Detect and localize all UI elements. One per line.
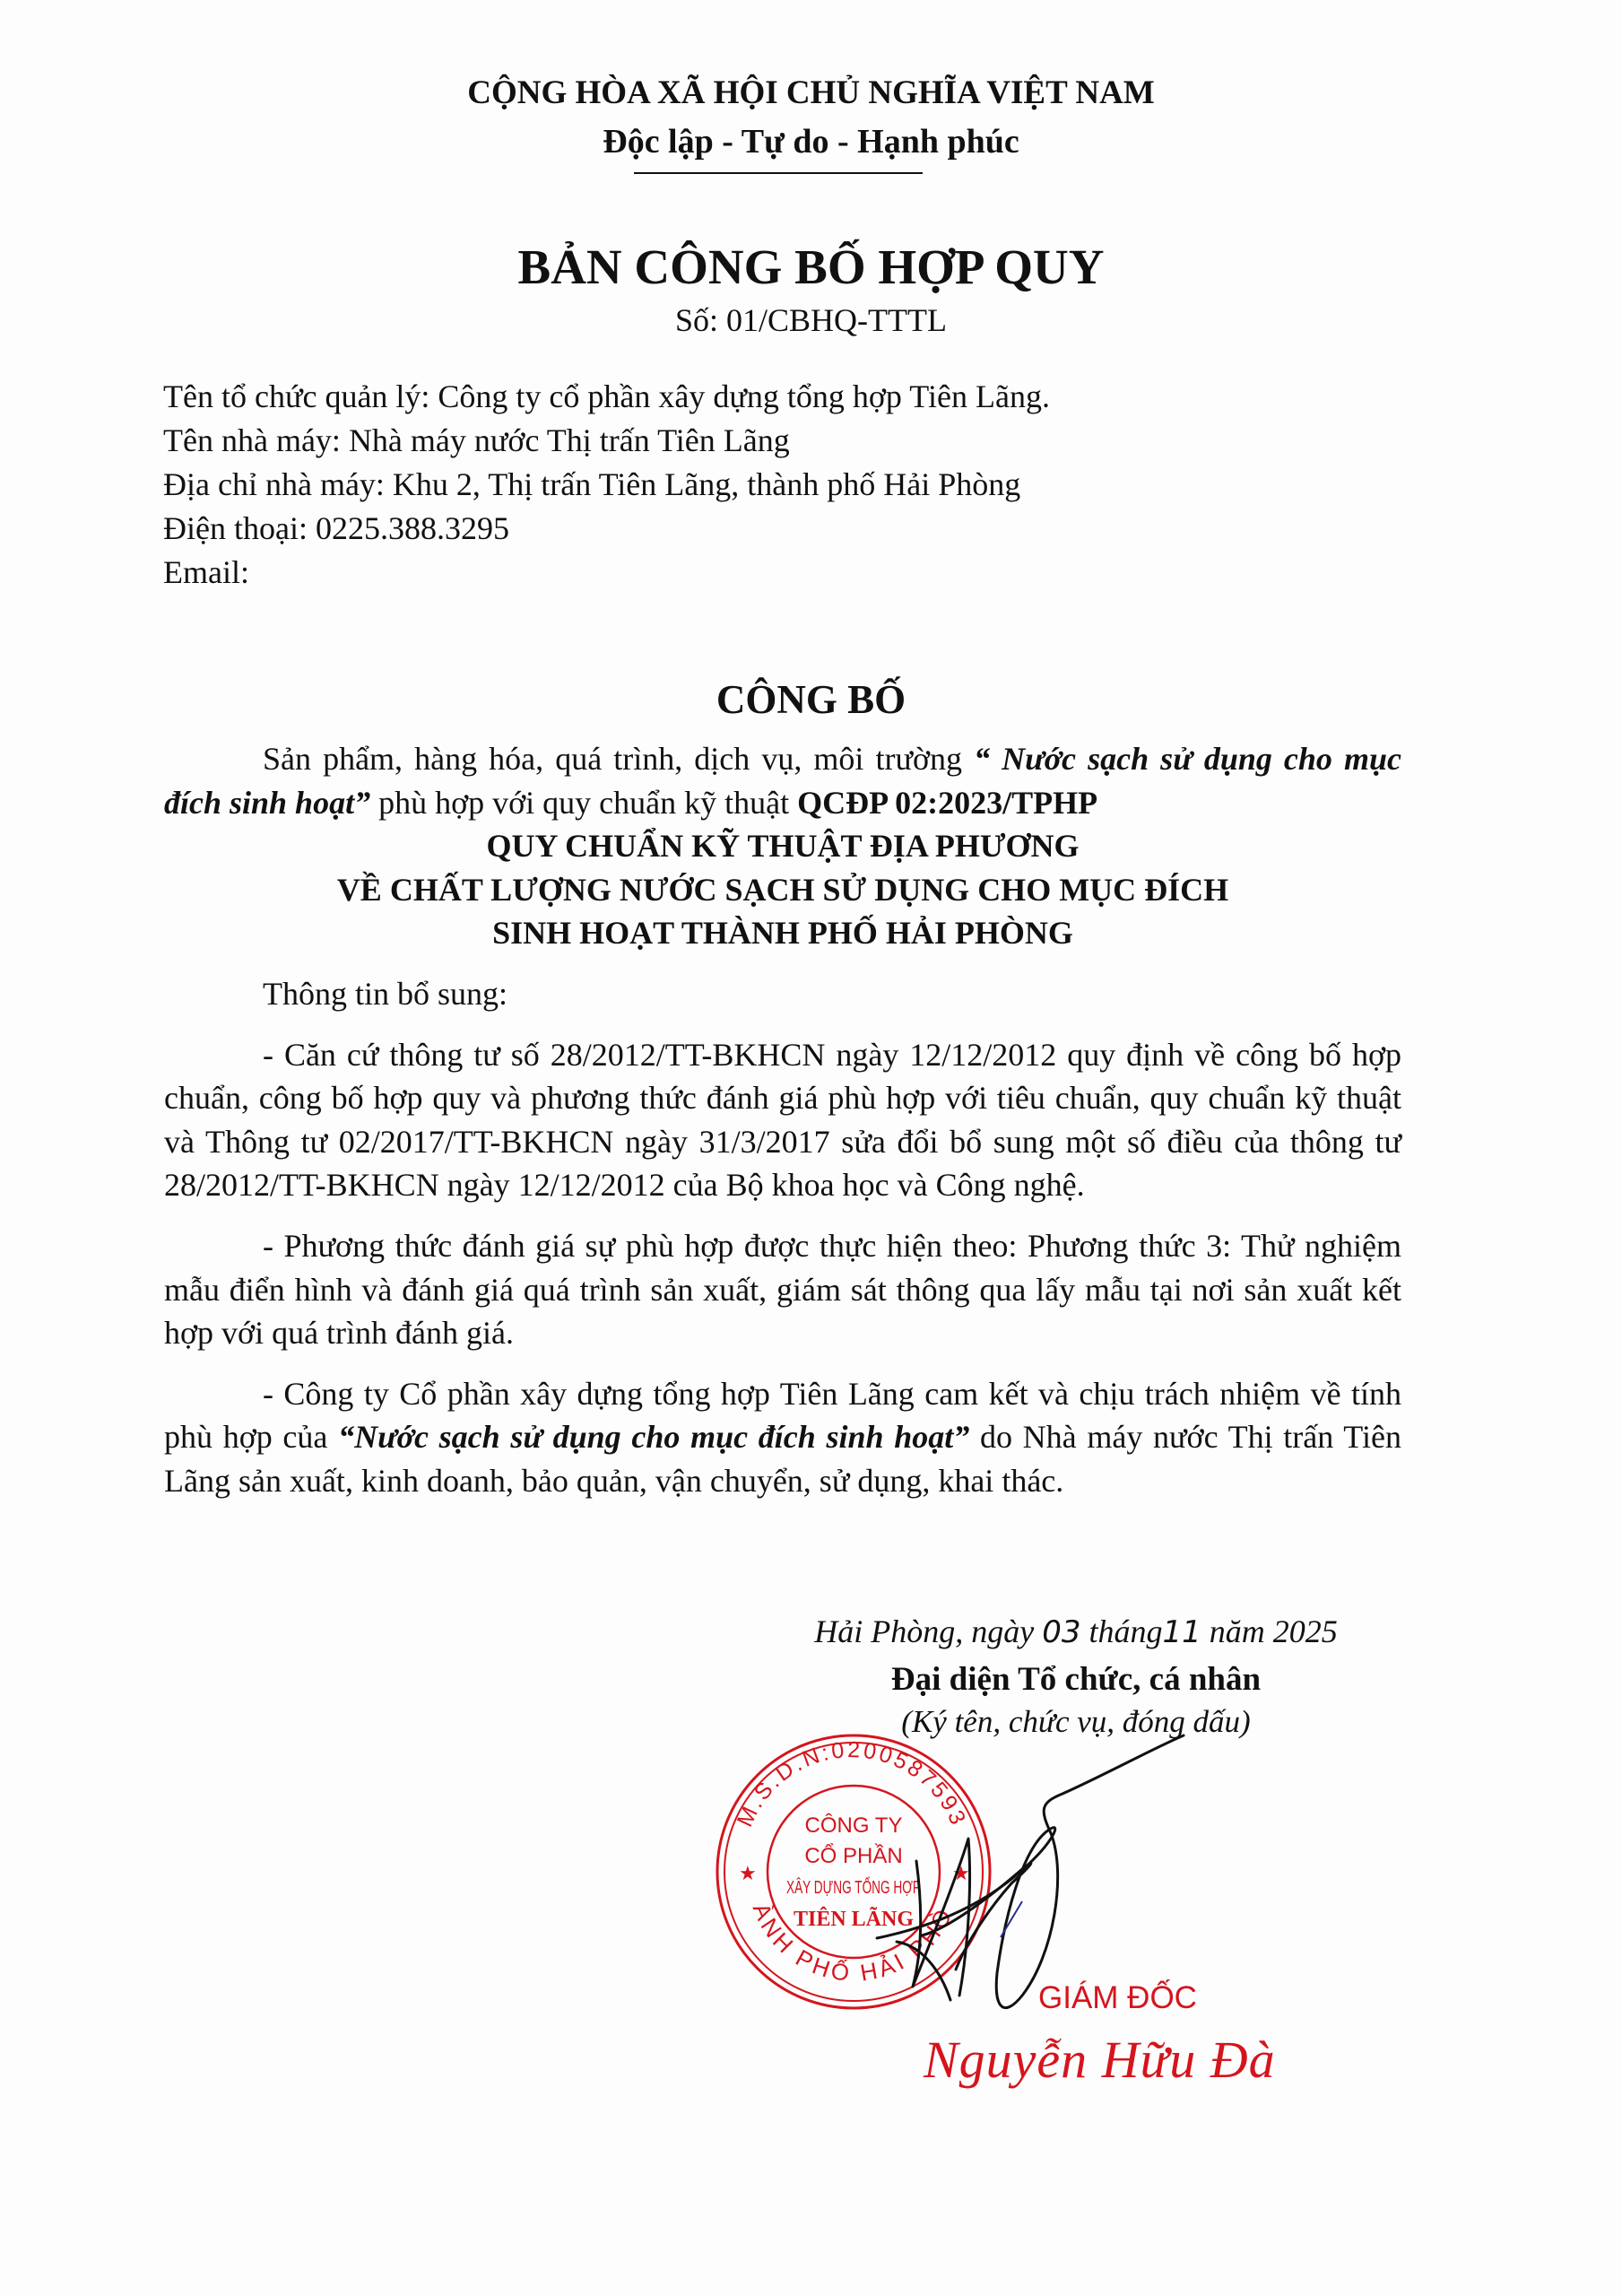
address-row: Địa chỉ nhà máy: Khu 2, Thị trấn Tiên Lã… — [163, 463, 1050, 507]
phone-label: Điện thoại: — [163, 510, 308, 546]
additional-item-assessment-method: - Phương thức đánh giá sự phù hợp được t… — [164, 1224, 1401, 1355]
declaration-intro: Sản phẩm, hàng hóa, quá trình, dịch vụ, … — [164, 737, 1401, 824]
standard-title-1: QUY CHUẨN KỸ THUẬT ĐỊA PHƯƠNG — [164, 824, 1401, 868]
date-year: năm 2025 — [1201, 1613, 1338, 1649]
phone-row: Điện thoại: 0225.388.3295 — [163, 507, 1050, 551]
additional-item-legal-basis: - Căn cứ thông tư số 28/2012/TT-BKHCN ng… — [164, 1033, 1401, 1207]
additional-item-commitment: - Công ty Cổ phần xây dựng tổng hợp Tiên… — [164, 1372, 1401, 1503]
date-month-label: tháng — [1080, 1613, 1162, 1649]
manager-value: Công ty cổ phần xây dựng tổng hợp Tiên L… — [438, 378, 1050, 414]
date-line: Hải Phòng, ngày 03 tháng11 năm 2025 — [681, 1611, 1470, 1653]
date-day: 03 — [1042, 1614, 1080, 1650]
address-value: Khu 2, Thị trấn Tiên Lãng, thành phố Hải… — [393, 466, 1020, 502]
national-motto: Độc lập - Tự do - Hạnh phúc — [0, 120, 1622, 163]
intro-prefix: Sản phẩm, hàng hóa, quá trình, dịch vụ, … — [263, 741, 974, 777]
commitment-product: “Nước sạch sử dụng cho mục đích sinh hoạ… — [338, 1419, 969, 1455]
company-stamp-icon: M.S.D.N:0200587593 THÀNH PHỐ HẢI PHÒNG ★… — [714, 1732, 993, 2012]
date-place: Hải Phòng, ngày — [814, 1613, 1042, 1649]
svg-text:CÔNG TY: CÔNG TY — [805, 1813, 903, 1838]
standard-title-2: VỀ CHẤT LƯỢNG NƯỚC SẠCH SỬ DỤNG CHO MỤC … — [164, 868, 1401, 912]
manager-row: Tên tổ chức quản lý: Công ty cổ phần xây… — [163, 375, 1050, 419]
standard-title-3: SINH HOẠT THÀNH PHỐ HẢI PHÒNG — [164, 911, 1401, 955]
director-position: GIÁM ĐỐC — [1038, 1979, 1197, 2018]
factory-label: Tên nhà máy: — [163, 422, 341, 458]
date-month: 11 — [1162, 1614, 1201, 1650]
document-title: BẢN CÔNG BỐ HỢP QUY — [0, 239, 1622, 296]
intro-middle: phù hợp với quy chuẩn kỹ thuật — [370, 785, 797, 821]
director-name: Nguyễn Hữu Đà — [924, 2029, 1276, 2092]
manager-label: Tên tổ chức quản lý: — [163, 378, 429, 414]
additional-info-label: Thông tin bổ sung: — [164, 972, 1401, 1016]
motto-underline — [634, 172, 923, 174]
declaration-heading: CÔNG BỐ — [0, 674, 1622, 725]
phone-value: 0225.388.3295 — [316, 510, 509, 546]
email-row: Email: — [163, 551, 1050, 595]
declaration-body: Sản phẩm, hàng hóa, quá trình, dịch vụ, … — [164, 737, 1401, 1503]
document-number: Số: 01/CBHQ-TTTL — [0, 300, 1622, 341]
factory-row: Tên nhà máy: Nhà máy nước Thị trấn Tiên … — [163, 419, 1050, 463]
standard-code: QCĐP 02:2023/TPHP — [797, 785, 1097, 821]
address-label: Địa chỉ nhà máy: — [163, 466, 385, 502]
svg-text:XÂY DỰNG TỔNG HỢP: XÂY DỰNG TỔNG HỢP — [786, 1876, 921, 1898]
factory-value: Nhà máy nước Thị trấn Tiên Lãng — [349, 422, 790, 458]
svg-text:CỔ PHẦN: CỔ PHẦN — [804, 1843, 902, 1868]
svg-text:TIÊN LÃNG: TIÊN LÃNG — [794, 1907, 914, 1931]
national-title: CỘNG HÒA XÃ HỘI CHỦ NGHĨA VIỆT NAM — [0, 72, 1622, 115]
organization-info: Tên tổ chức quản lý: Công ty cổ phần xây… — [163, 375, 1050, 595]
representative-title: Đại diện Tổ chức, cá nhân — [681, 1659, 1470, 1700]
svg-text:★: ★ — [739, 1862, 757, 1884]
email-label: Email: — [163, 554, 249, 590]
svg-text:★: ★ — [952, 1862, 970, 1884]
